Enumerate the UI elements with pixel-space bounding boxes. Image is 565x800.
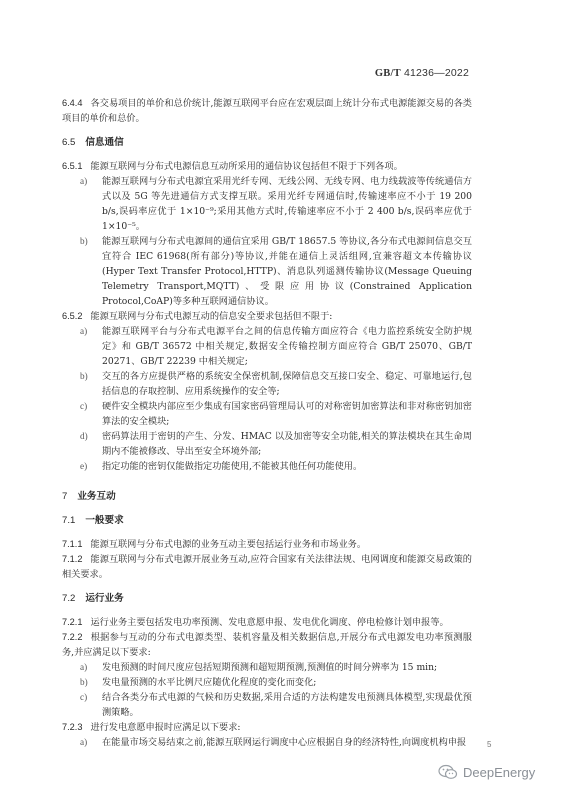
clause-7-2-1: 7.2.1运行业务主要包括发电功率预测、发电意愿申报、发电优化调度、停电检修计划… xyxy=(62,615,472,630)
list-item: b)发电量预测的水平比例尺应随优化程度的变化而变化; xyxy=(62,675,472,690)
clause-number: 7.2.1 xyxy=(62,617,82,627)
clause-7-1-2: 7.1.2能源互联网与分布式电源开展业务互动,应符合国家有关法律法规、电网调度和… xyxy=(62,552,472,582)
list-item: a)在能量市场交易结束之前,能源互联网运行调度中心应根据自身的经济特性,向调度机… xyxy=(62,735,472,750)
wechat-icon xyxy=(438,764,458,780)
heading-title: 运行业务 xyxy=(85,593,123,604)
list-marker: b) xyxy=(80,675,102,690)
standard-id: 41236—2022 xyxy=(404,67,469,79)
document-body: 6.4.4各交易项目的单价和总价统计,能源互联网平台应在宏观层面上统计分布式电源… xyxy=(62,96,472,750)
clause-7-2-3: 7.2.3进行发电意愿申报时应满足以下要求: xyxy=(62,720,472,735)
list-item: b)交互的各方应提供严格的系统安全保密机制,保障信息交互接口安全、稳定、可靠地运… xyxy=(62,369,472,399)
heading-7-1: 7.1一般要求 xyxy=(62,513,472,528)
watermark: DeepEnergy xyxy=(438,764,535,780)
standard-prefix: GB/T xyxy=(375,68,401,79)
list-text: 硬件安全模块内部应至少集成有国家密码管理局认可的对称密钥加密算法和非对称密钥加密… xyxy=(102,399,472,429)
list-marker: a) xyxy=(80,660,102,675)
list-marker: b) xyxy=(80,369,102,399)
heading-number: 7 xyxy=(62,491,67,502)
heading-title: 一般要求 xyxy=(85,515,123,526)
list-marker: e) xyxy=(80,459,102,474)
list-text: 结合各类分布式电源的气候和历史数据,采用合适的方法构建发电预测具体模型,实现最优… xyxy=(102,690,472,720)
heading-number: 6.5 xyxy=(62,137,75,148)
clause-text: 能源互联网与分布式电源开展业务互动,应符合国家有关法律法规、电网调度和能源交易政… xyxy=(62,554,472,580)
list-text: 密码算法用于密钥的产生、分发、HMAC 以及加密等安全功能,相关的算法模块在其生… xyxy=(102,429,472,459)
heading-number: 7.1 xyxy=(62,515,75,526)
list-item: c)结合各类分布式电源的气候和历史数据,采用合适的方法构建发电预测具体模型,实现… xyxy=(62,690,472,720)
clause-text: 能源互联网与分布式电源互动的信息安全要求包括但不限于: xyxy=(90,311,332,322)
heading-title: 业务互动 xyxy=(77,491,115,502)
list-text: 发电量预测的水平比例尺应随优化程度的变化而变化; xyxy=(102,675,472,690)
watermark-text: DeepEnergy xyxy=(463,765,535,780)
clause-number: 7.1.1 xyxy=(62,539,82,549)
heading-6-5: 6.5信息通信 xyxy=(62,135,472,150)
list-text: 交互的各方应提供严格的系统安全保密机制,保障信息交互接口安全、稳定、可靠地运行,… xyxy=(102,369,472,399)
list-text: 能源互联网平台与分布式电源平台之间的信息传输方面应符合《电力监控系统安全防护规定… xyxy=(102,324,472,369)
clause-text: 进行发电意愿申报时应满足以下要求: xyxy=(90,722,240,733)
clause-number: 6.5.2 xyxy=(62,311,82,321)
list-marker: c) xyxy=(80,690,102,720)
list-marker: c) xyxy=(80,399,102,429)
list-item: e)指定功能的密钥仅能做指定功能使用,不能被其他任何功能使用。 xyxy=(62,459,472,474)
list-text: 指定功能的密钥仅能做指定功能使用,不能被其他任何功能使用。 xyxy=(102,459,472,474)
page-number: 5 xyxy=(487,740,491,749)
clause-7-2-2: 7.2.2根据参与互动的分布式电源类型、装机容量及相关数据信息,开展分布式电源发… xyxy=(62,630,472,660)
clause-text: 各交易项目的单价和总价统计,能源互联网平台应在宏观层面上统计分布式电源能源交易的… xyxy=(62,98,472,124)
clause-text: 能源互联网与分布式电源的业务互动主要包括运行业务和市场业务。 xyxy=(90,539,366,550)
clause-number: 7.2.2 xyxy=(62,632,82,642)
list-item: a)能源互联网与分布式电源宜采用光纤专网、无线公网、无线专网、电力线载波等传统通… xyxy=(62,174,472,234)
clause-text: 运行业务主要包括发电功率预测、发电意愿申报、发电优化调度、停电检修计划申报等。 xyxy=(90,617,448,628)
clause-number: 6.4.4 xyxy=(62,98,82,108)
clause-6-4-4: 6.4.4各交易项目的单价和总价统计,能源互联网平台应在宏观层面上统计分布式电源… xyxy=(62,96,472,126)
standard-number-header: GB/T 41236—2022 xyxy=(375,67,469,79)
heading-title: 信息通信 xyxy=(85,137,123,148)
heading-number: 7.2 xyxy=(62,593,75,604)
list-item: b)能源互联网与分布式电源间的通信宜采用 GB/T 18657.5 等协议,各分… xyxy=(62,234,472,309)
list-marker: b) xyxy=(80,234,102,309)
list-marker: a) xyxy=(80,324,102,369)
list-marker: a) xyxy=(80,174,102,234)
list-text: 能源互联网与分布式电源宜采用光纤专网、无线公网、无线专网、电力线载波等传统通信方… xyxy=(102,174,472,234)
list-item: a)发电预测的时间尺度应包括短期预测和超短期预测,预测值的时间分辨率为 15 m… xyxy=(62,660,472,675)
list-item: d)密码算法用于密钥的产生、分发、HMAC 以及加密等安全功能,相关的算法模块在… xyxy=(62,429,472,459)
heading-7-2: 7.2运行业务 xyxy=(62,591,472,606)
heading-7: 7业务互动 xyxy=(62,489,472,504)
list-text: 在能量市场交易结束之前,能源互联网运行调度中心应根据自身的经济特性,向调度机构申… xyxy=(102,735,472,750)
list-item: a)能源互联网平台与分布式电源平台之间的信息传输方面应符合《电力监控系统安全防护… xyxy=(62,324,472,369)
list-text: 发电预测的时间尺度应包括短期预测和超短期预测,预测值的时间分辨率为 15 min… xyxy=(102,660,472,675)
list-item: c)硬件安全模块内部应至少集成有国家密码管理局认可的对称密钥加密算法和非对称密钥… xyxy=(62,399,472,429)
list-text: 能源互联网与分布式电源间的通信宜采用 GB/T 18657.5 等协议,各分布式… xyxy=(102,234,472,309)
list-marker: a) xyxy=(80,735,102,750)
list-marker: d) xyxy=(80,429,102,459)
clause-6-5-1: 6.5.1能源互联网与分布式电源信息互动所采用的通信协议包括但不限于下列各项。 xyxy=(62,159,472,174)
clause-text: 根据参与互动的分布式电源类型、装机容量及相关数据信息,开展分布式电源发电功率预测… xyxy=(62,632,472,658)
clause-6-5-2: 6.5.2能源互联网与分布式电源互动的信息安全要求包括但不限于: xyxy=(62,309,472,324)
clause-number: 7.2.3 xyxy=(62,722,82,732)
clause-7-1-1: 7.1.1能源互联网与分布式电源的业务互动主要包括运行业务和市场业务。 xyxy=(62,537,472,552)
clause-text: 能源互联网与分布式电源信息互动所采用的通信协议包括但不限于下列各项。 xyxy=(90,161,402,172)
clause-number: 7.1.2 xyxy=(62,554,82,564)
clause-number: 6.5.1 xyxy=(62,161,82,171)
spacer xyxy=(62,474,472,480)
